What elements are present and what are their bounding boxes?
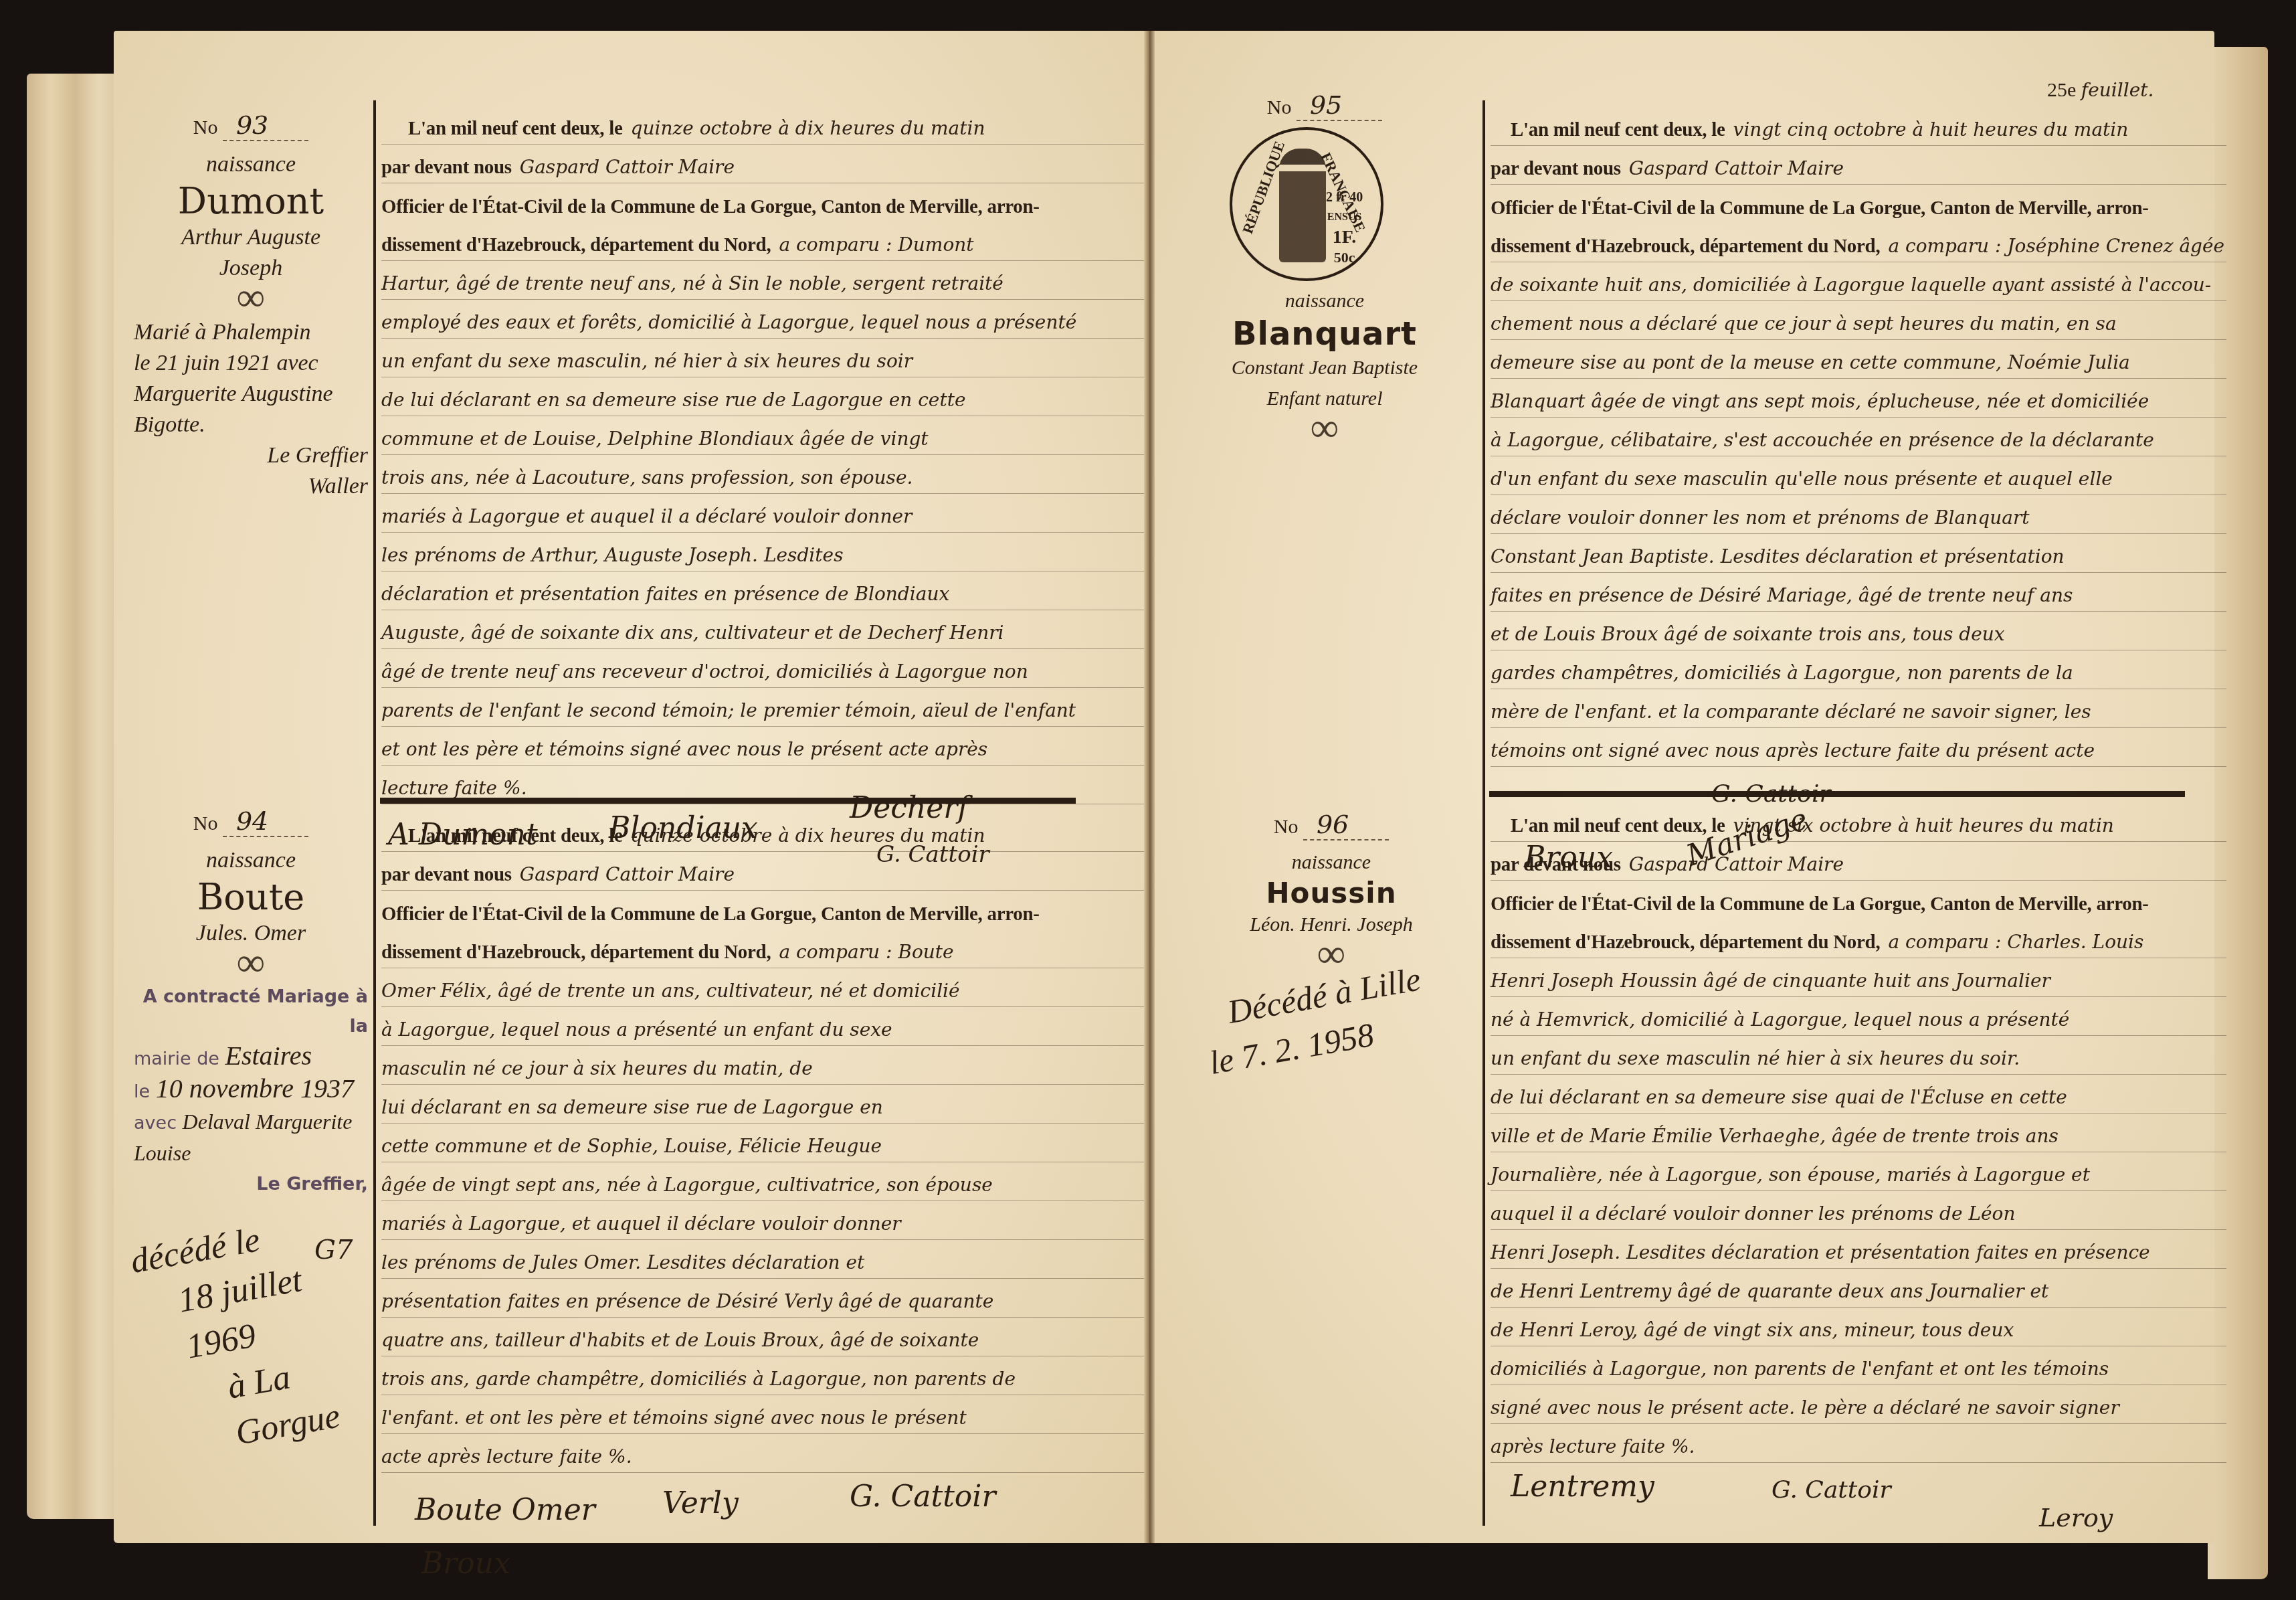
signature: G. Cattoir (1772, 1476, 1891, 1504)
note-line: le 21 juin 1921 avec (134, 348, 368, 379)
right-margin-rule (1482, 100, 1485, 1526)
officer-name: Gaspard Cattoir Maire (1629, 853, 1844, 876)
printed-text: par devant nous (1491, 853, 1621, 876)
body-line: d'un enfant du sexe masculin qu'elle nou… (1491, 468, 2113, 491)
body-line: auquel il a déclaré vouloir donner les p… (1491, 1203, 2016, 1225)
officer-name: Gaspard Cattoir Maire (520, 156, 735, 179)
printed-text: Officier de l'État-Civil de la Commune d… (1491, 197, 2149, 219)
stamp-value: 10 novembre 1937 (156, 1073, 354, 1103)
body-line: mariés à Lagorgue, et auquel il déclare … (381, 1213, 901, 1235)
body-line: né à Hemvrick, domicilié à Lagorgue, leq… (1491, 1008, 2069, 1031)
body-line: lecture faite %. (381, 777, 527, 800)
body-line: faites en présence de Désiré Mariage, âg… (1491, 584, 2073, 607)
number-label: No (1274, 816, 1299, 838)
stamp-greffier: Le Greffier, (134, 1170, 368, 1199)
body-line: de Henri Lentremy âgé de quarante deux a… (1491, 1280, 2048, 1303)
body-line: présentation faites en présence de Désir… (381, 1290, 993, 1313)
body-line: et ont les père et témoins signé avec no… (381, 738, 987, 761)
date-clause: quinze octobre à dix heures du matin (631, 824, 985, 847)
body-line: demeure sise au pont de la meuse en cett… (1491, 351, 2130, 374)
signatures: Boute Omer Verly G. Cattoir Broux (381, 1473, 1144, 1587)
body-line: gardes champêtres, domiciliés à Lagorgue… (1491, 662, 2073, 685)
body-line: lui déclarant en sa demeure sise rue de … (381, 1096, 883, 1119)
record-type: naissance (134, 152, 368, 177)
marriage-stamp: A contracté Mariage à la mairie de Estai… (134, 982, 368, 1199)
stamp-label: mairie de (134, 1049, 219, 1069)
body-line: Hartur, âgé de trente neuf ans, né à Sin… (381, 272, 1003, 295)
note-line: Bigotte. (134, 410, 368, 440)
body-line: de lui déclarant en sa demeure sise quai… (1491, 1086, 2067, 1109)
compared-clause: a comparu : Charles. Louis (1888, 931, 2143, 954)
seal-value-top: 2 fr 40 (1326, 187, 1363, 207)
body-line: âgée de vingt sept ans, née à Lagorgue, … (381, 1174, 993, 1196)
body-line: un enfant du sexe masculin né hier à six… (1491, 1047, 2020, 1070)
number-label: No (193, 116, 218, 139)
officer-name: Gaspard Cattoir Maire (1629, 157, 1844, 180)
stamp-line: A contracté Mariage à la (134, 982, 368, 1041)
flourish-icon: ∞ (134, 949, 368, 976)
printed-text: par devant nous (381, 156, 512, 179)
number-value: 94 (223, 806, 308, 837)
seal-value: 2 fr 40 ENSUS 1F. 50c (1326, 187, 1363, 268)
body-line: domiciliés à Lagorgue, non parents de l'… (1491, 1358, 2109, 1381)
entry-96-body: L'an mil neuf cent deux, levingt six oct… (1491, 803, 2226, 1577)
number-value: 95 (1297, 90, 1382, 121)
body-line: de soixante huit ans, domiciliée à Lagor… (1491, 274, 2211, 296)
body-line: les prénoms de Jules Omer. Lesdites décl… (381, 1251, 864, 1274)
printed-text: dissement d'Hazebrouck, département du N… (1491, 931, 1880, 954)
stamp-label: le (134, 1081, 150, 1102)
body-line: de lui déclarant en sa demeure sise rue … (381, 389, 965, 412)
printed-text: L'an mil neuf cent deux, le (1511, 118, 1725, 141)
compared-clause: a comparu : Dumont (779, 234, 973, 256)
compared-clause: a comparu : Boute (779, 941, 953, 964)
greffier-signoff: Le Greffier Waller (134, 440, 368, 502)
body-line: masculin né ce jour à six heures du mati… (381, 1057, 813, 1080)
signature: Leroy (2039, 1503, 2113, 1532)
body-line: employé des eaux et forêts, domicilié à … (381, 311, 1076, 334)
given-names: Constant Jean Baptiste (1177, 353, 1472, 383)
date-clause: quinze octobre à dix heures du matin (631, 117, 985, 140)
body-line: l'enfant. et ont les père et témoins sig… (381, 1407, 967, 1429)
seal-ensus: ENSUS (1326, 207, 1363, 228)
number-label: No (193, 812, 218, 834)
body-line: quatre ans, tailleur d'habits et de Loui… (381, 1329, 979, 1352)
body-line: déclare vouloir donner les nom et prénom… (1491, 507, 2030, 529)
body-line: mère de l'enfant. et la comparante décla… (1491, 701, 2091, 723)
printed-text: L'an mil neuf cent deux, le (408, 824, 623, 847)
printed-text: dissement d'Hazebrouck, département du N… (381, 941, 771, 964)
body-line: trois ans, garde champêtre, domiciliés à… (381, 1368, 1016, 1391)
printed-text: Officier de l'État-Civil de la Commune d… (381, 195, 1040, 218)
signature: G. Cattoir (850, 1480, 995, 1514)
printed-text: Officier de l'État-Civil de la Commune d… (381, 903, 1040, 925)
entry-number: No 94 (134, 806, 368, 836)
signature: Verly (662, 1486, 739, 1520)
body-line: signé avec nous le présent acte. le père… (1491, 1397, 2119, 1419)
body-line: et de Louis Broux âgé de soixante trois … (1491, 623, 2005, 646)
marianne-figure-icon (1279, 149, 1326, 262)
given-names: Arthur Auguste (134, 222, 368, 253)
body-line: Constant Jean Baptiste. Lesdites déclara… (1491, 545, 2065, 568)
record-type: naissance (1177, 290, 1472, 313)
marriage-note: Marié à Phalempin le 21 juin 1921 avec M… (134, 317, 368, 440)
stamp-value: Estaires (225, 1041, 312, 1071)
signatures: Lentremy G. Cattoir Leroy (1491, 1463, 2226, 1577)
note-line: Marié à Phalempin (134, 317, 368, 348)
greffier-signature: Waller (134, 471, 368, 502)
printed-text: dissement d'Hazebrouck, département du N… (381, 234, 771, 256)
flourish-icon: ∞ (134, 284, 368, 310)
margin-entry-96: No 96 naissance Houssin Léon. Henri. Jos… (1198, 810, 1465, 1087)
signature: Broux (421, 1546, 510, 1581)
seal-value-main: 1F. (1326, 228, 1363, 248)
signature: Boute Omer (415, 1493, 595, 1527)
body-line: Omer Félix, âgé de trente un ans, cultiv… (381, 980, 960, 1002)
record-type: naissance (134, 848, 368, 873)
signature: Lentremy (1511, 1470, 1654, 1504)
printed-text: par devant nous (1491, 157, 1621, 180)
body-line: Henri Joseph Houssin âgé de cinquante hu… (1491, 970, 2050, 992)
body-line: après lecture faite %. (1491, 1435, 1695, 1458)
margin-entry-94: No 94 naissance Boute Jules. Omer ∞ A co… (134, 806, 368, 1474)
body-line: Journalière, née à Lagorgue, son épouse,… (1491, 1164, 2090, 1186)
body-line: déclaration et présentation faites en pr… (381, 583, 949, 606)
date-clause: vingt cinq octobre à huit heures du mati… (1733, 118, 2129, 141)
body-line: trois ans, née à Lacouture, sans profess… (381, 466, 913, 489)
folio-number: 25e feuillet. (2047, 79, 2154, 102)
entry-number: No 93 (134, 110, 368, 140)
body-line: de Henri Leroy, âgé de vingt six ans, mi… (1491, 1319, 2014, 1342)
seal-value-cents: 50c (1326, 248, 1363, 268)
margin-entry-93: No 93 naissance Dumont Arthur Auguste Jo… (134, 110, 368, 502)
body-line: témoins ont signé avec nous après lectur… (1491, 739, 2095, 762)
body-line: cette commune et de Sophie, Louise, Féli… (381, 1135, 882, 1158)
margin-entry-95-names: naissance Blanquart Constant Jean Baptis… (1177, 278, 1472, 441)
entry-number: No 96 (1198, 810, 1465, 839)
printed-text: L'an mil neuf cent deux, le (408, 117, 623, 140)
surname: Boute (134, 876, 368, 918)
entry-94-body: L'an mil neuf cent deux, lequinze octobr… (381, 813, 1144, 1587)
greffier-label: Le Greffier (134, 440, 368, 471)
printed-text: Officier de l'État-Civil de la Commune d… (1491, 893, 2149, 915)
body-line: chement nous a déclaré que ce jour à sep… (1491, 313, 2117, 335)
body-line: parents de l'enfant le second témoin; le… (381, 699, 1076, 722)
printed-text: dissement d'Hazebrouck, département du N… (1491, 235, 1880, 258)
body-line: les prénoms de Arthur, Auguste Joseph. L… (381, 544, 844, 567)
surname: Houssin (1198, 877, 1465, 909)
surname: Blanquart (1177, 315, 1472, 353)
body-line: Auguste, âgé de soixante dix ans, cultiv… (381, 622, 1004, 644)
body-line: à Lagorgue, célibataire, s'est accouchée… (1491, 429, 2154, 452)
tax-seal-stamp: RÉPUBLIQUE FRANÇAISE 2 fr 40 ENSUS 1F. 5… (1230, 127, 1383, 281)
body-line: âgé de trente neuf ans receveur d'octroi… (381, 660, 1028, 683)
entry-95-body: L'an mil neuf cent deux, levingt cinq oc… (1491, 107, 2226, 901)
stamp-label: avec (134, 1113, 177, 1134)
flourish-icon: ∞ (1177, 414, 1472, 441)
body-line: un enfant du sexe masculin, né hier à si… (381, 350, 913, 373)
initials: G7 (314, 1235, 353, 1265)
number-value: 93 (223, 110, 308, 141)
book-gutter (1144, 31, 1155, 1543)
compared-clause: a comparu : Joséphine Crenez âgée (1888, 235, 2224, 258)
body-line: commune et de Louise, Delphine Blondiaux… (381, 428, 929, 450)
margin-entry-95: No 95 (1191, 90, 1458, 120)
body-line: Henri Joseph. Lesdites déclaration et pr… (1491, 1241, 2150, 1264)
folio-prefix: 25e (2047, 79, 2076, 101)
officer-name: Gaspard Cattoir Maire (520, 863, 735, 886)
folio-label: feuillet. (2081, 79, 2154, 101)
printed-text: L'an mil neuf cent deux, le (1511, 814, 1725, 837)
printed-text: par devant nous (381, 863, 512, 886)
record-type: naissance (1198, 851, 1465, 874)
body-line: Blanquart âgée de vingt ans sept mois, é… (1491, 390, 2149, 413)
body-line: ville et de Marie Émilie Verhaeghe, âgée… (1491, 1125, 2059, 1148)
note-line: Marguerite Augustine (134, 379, 368, 410)
date-clause: vingt six octobre à huit heures du matin (1733, 814, 2114, 837)
body-line: acte après lecture faite %. (381, 1445, 632, 1468)
body-line: à Lagorgue, lequel nous a présenté un en… (381, 1018, 892, 1041)
body-line: mariés à Lagorgue et auquel il a déclaré… (381, 505, 912, 528)
surname: Dumont (134, 180, 368, 222)
entry-number: No 95 (1191, 90, 1458, 120)
number-value: 96 (1303, 810, 1389, 840)
number-label: No (1267, 96, 1292, 118)
entry-93-body: L'an mil neuf cent deux, lequinze octobr… (381, 106, 1144, 898)
death-note: décédé le 18 juillet 1969 à La Gorgue (127, 1197, 405, 1470)
